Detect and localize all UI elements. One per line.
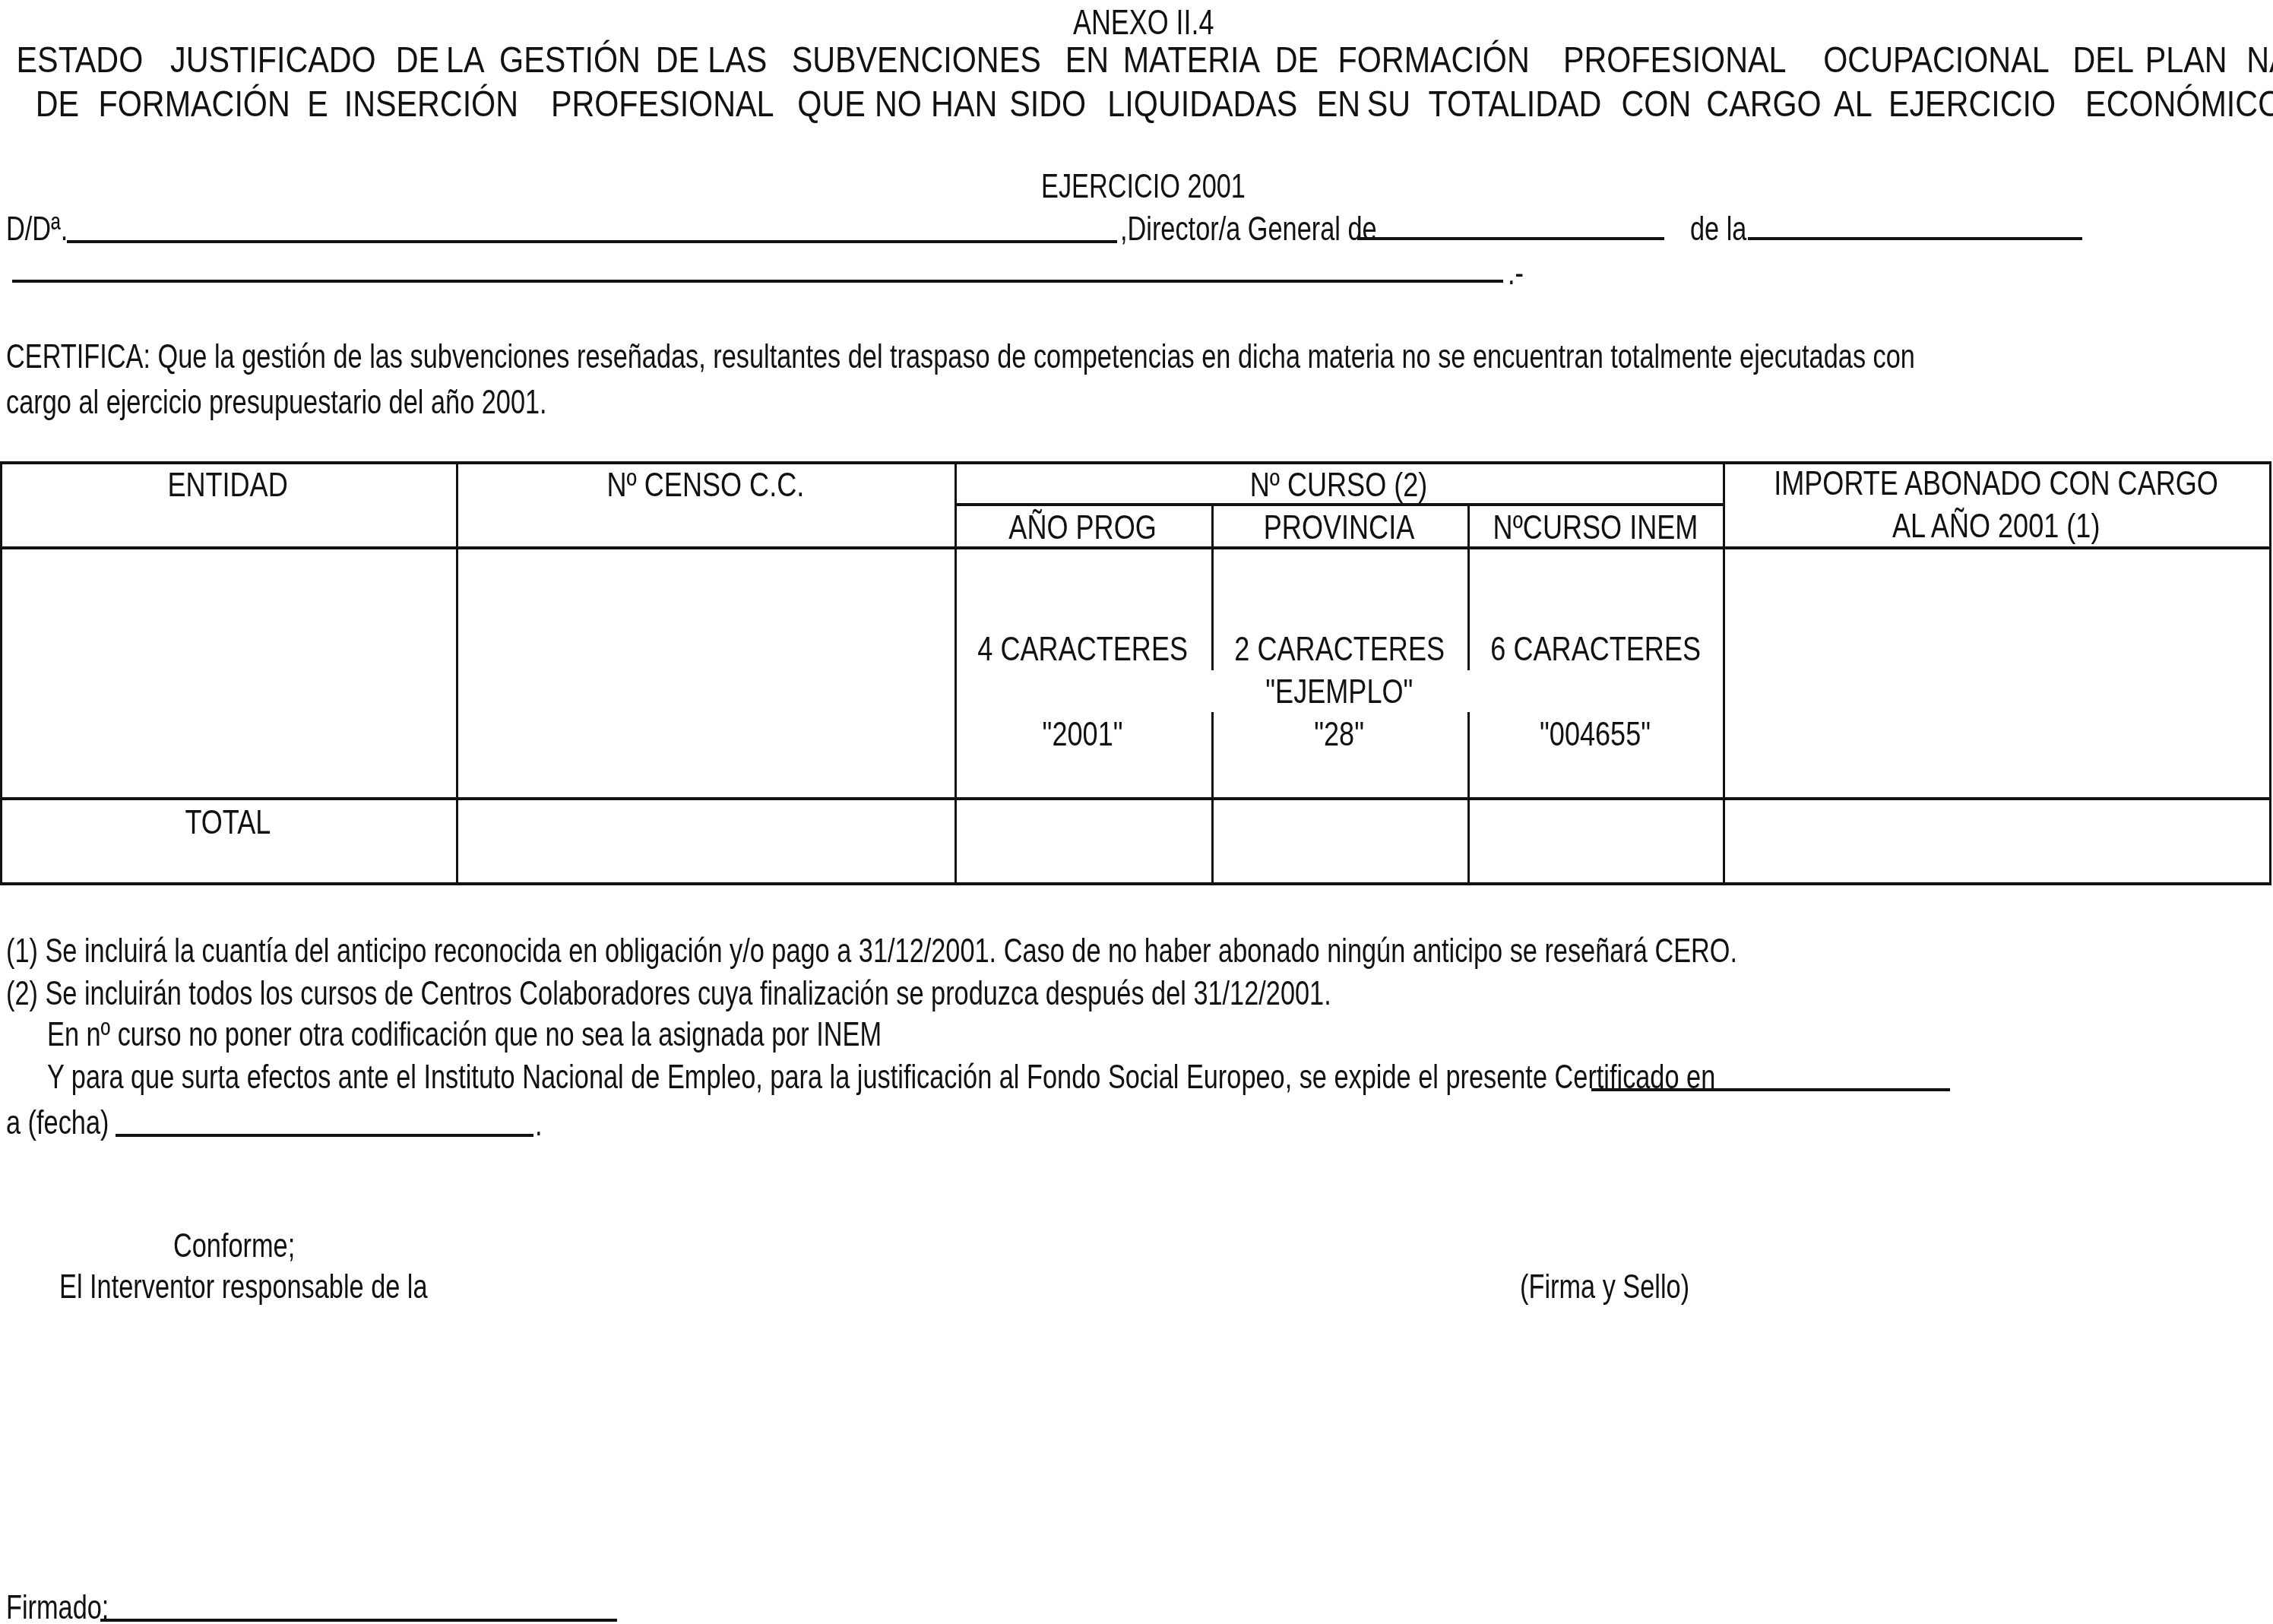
title-word: DE: [1275, 43, 1319, 79]
director-label: ,Director/a General de: [1120, 213, 1377, 246]
title-word: NO: [875, 87, 922, 123]
header-entidad: ENTIDAD: [0, 469, 456, 502]
header-censo: Nº CENSO C.C.: [456, 469, 954, 502]
issue-place-field[interactable]: [1591, 1055, 1953, 1090]
conforme-label: Conforme;: [173, 1230, 295, 1263]
title-word: GESTIÓN: [499, 43, 641, 79]
fecha-label: a (fecha): [6, 1106, 109, 1140]
line2-underline: [12, 280, 1503, 283]
title-word: LA: [446, 43, 484, 79]
title-word: ESTADO: [17, 43, 144, 79]
title-word: SU: [1367, 87, 1410, 123]
firmado-underline: [100, 1619, 617, 1622]
title-word: EN: [1316, 87, 1360, 123]
title-word: LAS: [708, 43, 767, 79]
example-label: "EJEMPLO": [1211, 676, 1467, 709]
title-word: DE: [656, 43, 699, 79]
col-border-1: [456, 461, 458, 885]
document-title-line-1: ESTADOJUSTIFICADODELAGESTIÓNDELASSUBVENC…: [6, 43, 2267, 79]
firmado-label: Firmado:: [6, 1591, 109, 1624]
title-word: CON: [1621, 87, 1691, 123]
provincia-chars: 2 CARACTERES: [1211, 633, 1467, 666]
table-bottom-border: [0, 882, 2271, 885]
title-word: SIDO: [1009, 87, 1086, 123]
title-word: DE: [36, 87, 79, 123]
fiscal-year-heading: EJERCICIO 2001: [1041, 170, 1246, 204]
interventor-label: El Interventor responsable de la: [59, 1271, 428, 1304]
dela-label: de la: [1690, 213, 1746, 246]
certifica-line-1: CERTIFICA: Que la gestión de las subvenc…: [6, 340, 1915, 374]
fecha-field[interactable]: [116, 1099, 537, 1134]
header-importe-line-1: IMPORTE ABONADO CON CARGO: [1723, 467, 2270, 501]
total-label: TOTAL: [0, 806, 456, 840]
title-word: EN: [1065, 43, 1108, 79]
table-top-border: [0, 461, 2271, 464]
certifica-line-2: cargo al ejercicio presupuestario del añ…: [6, 386, 547, 419]
title-word: HAN: [931, 87, 997, 123]
title-word: INSERCIÓN: [344, 87, 518, 123]
director-underline: [1357, 237, 1664, 240]
director-general-field[interactable]: [1357, 205, 1667, 240]
footnote-2: (2) Se incluirán todos los cursos de Cen…: [6, 977, 1331, 1011]
header-curso-inem: NºCURSO INEM: [1467, 511, 1723, 545]
title-word: OCUPACIONAL: [1823, 43, 2049, 79]
fecha-underline: [116, 1134, 533, 1137]
title-word: QUE: [797, 87, 865, 123]
title-word: TOTALIDAD: [1429, 87, 1602, 123]
title-word: JUSTIFICADO: [170, 43, 376, 79]
footnote-1: (1) Se incluirá la cuantía del anticipo …: [6, 935, 1737, 968]
title-word: EJERCICIO: [1888, 87, 2056, 123]
header-curso: Nº CURSO (2): [954, 469, 1723, 502]
title-word: FORMACIÓN: [1338, 43, 1529, 79]
dd-name-underline: [67, 240, 1117, 243]
header-importe-line-2: AL AÑO 2001 (1): [1723, 510, 2270, 543]
line2-suffix: .-: [1508, 257, 1524, 290]
curso-inem-chars: 6 CARACTERES: [1467, 633, 1723, 666]
footnote-3: En nº curso no poner otra codificación q…: [47, 1018, 882, 1052]
data-row-bottom-border: [0, 797, 2271, 800]
title-word: PROFESIONAL: [1563, 43, 1787, 79]
dd-name-field[interactable]: [67, 205, 1119, 240]
title-word: PLAN: [2145, 43, 2227, 79]
dd-label: D/Dª.: [6, 213, 68, 246]
fecha-suffix: .: [535, 1108, 543, 1141]
title-word: SUBVENCIONES: [792, 43, 1041, 79]
title-word: FORMACIÓN: [98, 87, 290, 123]
header-bottom-border: [0, 546, 2271, 549]
title-word: PROFESIONAL: [551, 87, 774, 123]
firma-sello-label: (Firma y Sello): [1520, 1271, 1689, 1304]
title-word: DEL: [2072, 43, 2133, 79]
curso-inem-example: "004655": [1467, 718, 1723, 752]
provincia-example: "28": [1211, 718, 1467, 752]
header-provincia: PROVINCIA: [1211, 511, 1467, 545]
title-word: DE: [396, 43, 439, 79]
annex-number: ANEXO II.4: [1073, 5, 1214, 40]
firmado-field[interactable]: [100, 1585, 620, 1620]
dela-underline: [1748, 237, 2082, 240]
line2-field[interactable]: [12, 245, 1506, 280]
title-word: NACIONAL: [2246, 43, 2273, 79]
title-word: LIQUIDADAS: [1107, 87, 1297, 123]
header-ano-prog: AÑO PROG: [954, 511, 1211, 545]
dela-field[interactable]: [1748, 205, 2085, 240]
title-word: CARGO: [1706, 87, 1821, 123]
courses-table: ENTIDAD Nº CENSO C.C. Nº CURSO (2) AÑO P…: [0, 461, 2271, 885]
title-word: ECONÓMICO: [2085, 87, 2273, 123]
document-title-line-2: DEFORMACIÓNEINSERCIÓNPROFESIONALQUENOHAN…: [32, 87, 2268, 123]
title-word: AL: [1834, 87, 1872, 123]
issue-text: Y para que surta efectos ante el Institu…: [47, 1061, 1715, 1094]
ano-prog-chars: 4 CARACTERES: [954, 633, 1211, 666]
ano-prog-example: "2001": [954, 718, 1211, 752]
title-word: E: [307, 87, 328, 123]
issue-place-underline: [1591, 1088, 1950, 1091]
title-word: MATERIA: [1123, 43, 1260, 79]
